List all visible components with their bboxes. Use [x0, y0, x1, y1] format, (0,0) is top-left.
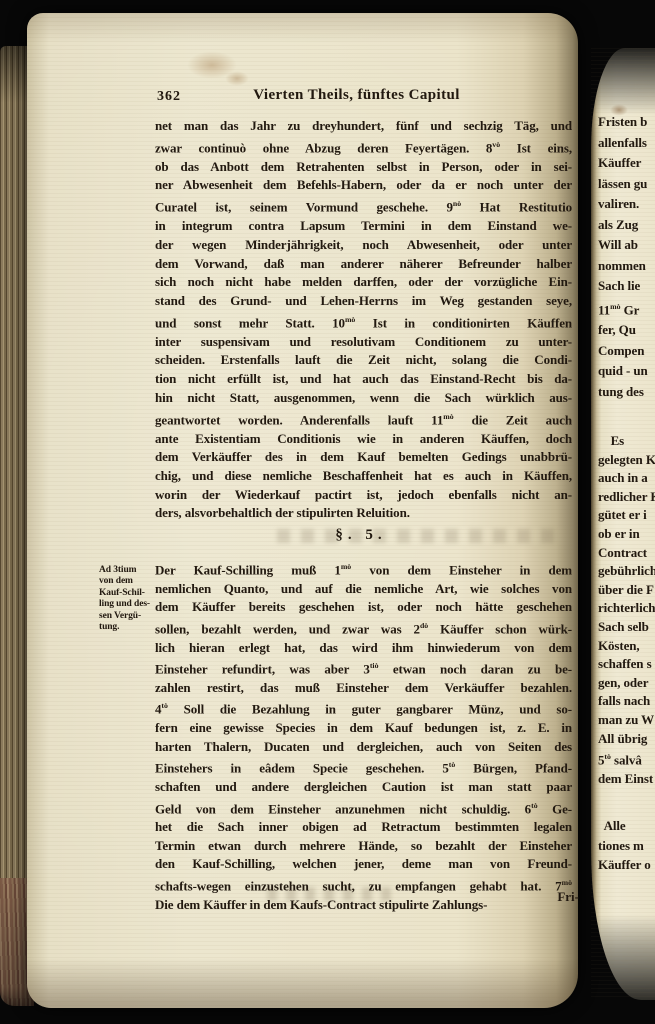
text-line-fragment: Käuffer [598, 153, 655, 174]
text-line-fragment: gütet er i [598, 506, 655, 525]
text-line: fern eine gewisse Species in dem Kauf be… [155, 719, 572, 738]
paragraph-continuation: net man das Jahr zu dreyhundert, fünf un… [155, 117, 572, 523]
page-edge-stack-left [0, 46, 30, 998]
text-line: Termin etwan durch mehrere Hände, so bez… [155, 837, 572, 856]
text-line: ders, alsvorbehaltlich der stipulirten R… [155, 504, 572, 523]
text-line-fragment: ob er in [598, 525, 655, 544]
text-line-fragment: fer, Qu [598, 320, 655, 341]
text-line-fragment: Fristen b [598, 112, 655, 133]
text-line: in integrum contra Lapsum Termini in dem… [155, 217, 572, 236]
text-line-fragment: tung des [598, 382, 655, 403]
text-line: ob das Anbott dem Retrahenten selbst in … [155, 158, 572, 177]
section-heading: §. 5. [155, 527, 567, 544]
margin-note-line: sen Vergü- [99, 611, 155, 622]
text-line-fragment: Sach lie [598, 276, 655, 297]
text-line: dem Vorwand, daß man anderer näherer Bef… [155, 255, 572, 274]
section-paragraph: Der Kauf-Schilling muß 1mò von dem Einst… [155, 558, 572, 914]
book-scan: 362 Vierten Theils, fünftes Capitul net … [0, 0, 655, 1024]
page-header: 362 Vierten Theils, fünftes Capitul [155, 87, 572, 107]
text-line-fragment: Sach selb [598, 618, 655, 637]
page-stain [187, 51, 237, 79]
text-line: het die Sach inner obigen ad Retractum b… [155, 818, 572, 837]
text-line: scheiden. Erstenfalls lauft die Zeit nic… [155, 351, 572, 370]
text-line: 4tò Soll die Bezahlung in guter gangbare… [155, 697, 572, 719]
margin-note-line: von dem [99, 576, 155, 587]
text-line: Geld von dem Einsteher anzunehmen nicht … [155, 797, 572, 819]
text-line: hin nicht Statt, ausgenommen, wenn die S… [155, 389, 572, 408]
text-line: sollen, bezahlt werden, und zwar was 2dò… [155, 617, 572, 639]
right-page-text-block: Alletiones mKäuffer o [598, 816, 655, 875]
text-line-fragment: dem Einst [598, 770, 655, 789]
text-line: zwar continuò ohne Abzug deren Feyertäge… [155, 136, 572, 158]
text-line-fragment: Alle [598, 816, 655, 836]
catchword: Fri- [155, 889, 579, 905]
text-line-fragment: man zu W [598, 711, 655, 730]
text-line: Einstehers in eâdem Specie geschehen. 5t… [155, 756, 572, 778]
text-line-fragment: quid - un [598, 361, 655, 382]
text-line: net man das Jahr zu dreyhundert, fünf un… [155, 117, 572, 136]
text-line-fragment: über die F [598, 581, 655, 600]
text-line-fragment: Käuffer o [598, 855, 655, 875]
text-line: Der Kauf-Schilling muß 1mò von dem Einst… [155, 558, 572, 580]
text-line-fragment: 11mò Gr [598, 297, 655, 321]
text-line-fragment: Es [598, 432, 655, 451]
text-line: Einsteher refundirt, was aber 3tiò etwan… [155, 657, 572, 679]
text-line: Curatel ist, seinem Vormund geschehe. 9n… [155, 195, 572, 217]
text-line: den Kauf-Schilling, welchen jener, deme … [155, 855, 572, 874]
text-line-fragment: valiren. [598, 194, 655, 215]
text-line-fragment: 5tò salvâ [598, 748, 655, 770]
text-line-fragment: redlicher K [598, 488, 655, 507]
text-line: ante Existentiam Conditionis wie in ande… [155, 430, 572, 449]
text-line: harten Thalern, Ducaten und dergleichen,… [155, 738, 572, 757]
margin-note: Ad 3tiumvon demKauf-Schil-ling und des-s… [99, 565, 155, 633]
margin-note-line: ling und des- [99, 599, 155, 610]
text-line-fragment: Compen [598, 341, 655, 362]
text-line-fragment: Kösten, [598, 637, 655, 656]
text-line: worin der Wiederkauf pactirt ist, jedoch… [155, 486, 572, 505]
margin-note-line: tung. [99, 622, 155, 633]
text-line-fragment: richterlich [598, 599, 655, 618]
text-line: und sonst mehr Statt. 10mò Ist in condit… [155, 311, 572, 333]
text-line-fragment: nommen [598, 256, 655, 277]
text-line: nemlichen Quanto, und auf die nemliche A… [155, 580, 572, 599]
text-line: lich hieran erlegt hat, das wird ihm hin… [155, 639, 572, 658]
right-page-partial: Fristen ballenfallsKäufferlässen guvalir… [588, 0, 655, 1024]
text-line: geantwortet worden. Anderenfalls lauft 1… [155, 408, 572, 430]
text-line-fragment: schaffen s [598, 655, 655, 674]
text-line-fragment: als Zug [598, 215, 655, 236]
margin-note-line: Ad 3tium [99, 565, 155, 576]
left-page: 362 Vierten Theils, fünftes Capitul net … [27, 13, 578, 1008]
running-header: Vierten Theils, fünftes Capitul [155, 87, 558, 104]
text-line: inter suspensivam und resolutivam Condit… [155, 333, 572, 352]
text-line: dem Käuffer bereits geschehen ist, oder … [155, 598, 572, 617]
right-page-text-block: Esgelegten Kauch in aredlicher Kgütet er… [598, 432, 655, 789]
text-line: ner Abwesenheit dem Befehls-Habern, oder… [155, 176, 572, 195]
text-line-fragment: tiones m [598, 836, 655, 856]
text-line: stand des Grund- und Lehen-Herrns im Weg… [155, 292, 572, 311]
text-line: der wegen Minderjährigkeit, noch Abwesen… [155, 236, 572, 255]
text-line-fragment: gebührlich [598, 562, 655, 581]
text-line: zahlen restirt, das muß Einsteher dem Ve… [155, 679, 572, 698]
text-line-fragment: All übrig [598, 730, 655, 749]
text-line-fragment: lässen gu [598, 174, 655, 195]
text-line: tion nicht erfüllt ist, und hat auch das… [155, 370, 572, 389]
text-line-fragment: gelegten K [598, 451, 655, 470]
text-line-fragment: gen, oder [598, 674, 655, 693]
text-line-fragment: falls nach [598, 692, 655, 711]
page-stain [225, 71, 249, 86]
text-line-fragment: allenfalls [598, 133, 655, 154]
text-line-fragment: Contract [598, 544, 655, 563]
text-line: schaften und andere dergleichen Caution … [155, 778, 572, 797]
text-line: sich noch nicht habe melden darffen, ode… [155, 273, 572, 292]
text-line-fragment: Will ab [598, 235, 655, 256]
right-page-text-block: Fristen ballenfallsKäufferlässen guvalir… [598, 112, 655, 402]
text-line: chig, und diese nemliche Beschaffenheit … [155, 467, 572, 486]
text-line-fragment: auch in a [598, 469, 655, 488]
margin-note-line: Kauf-Schil- [99, 588, 155, 599]
text-line: dem Verkäuffer des in dem Kauf bemelten … [155, 448, 572, 467]
